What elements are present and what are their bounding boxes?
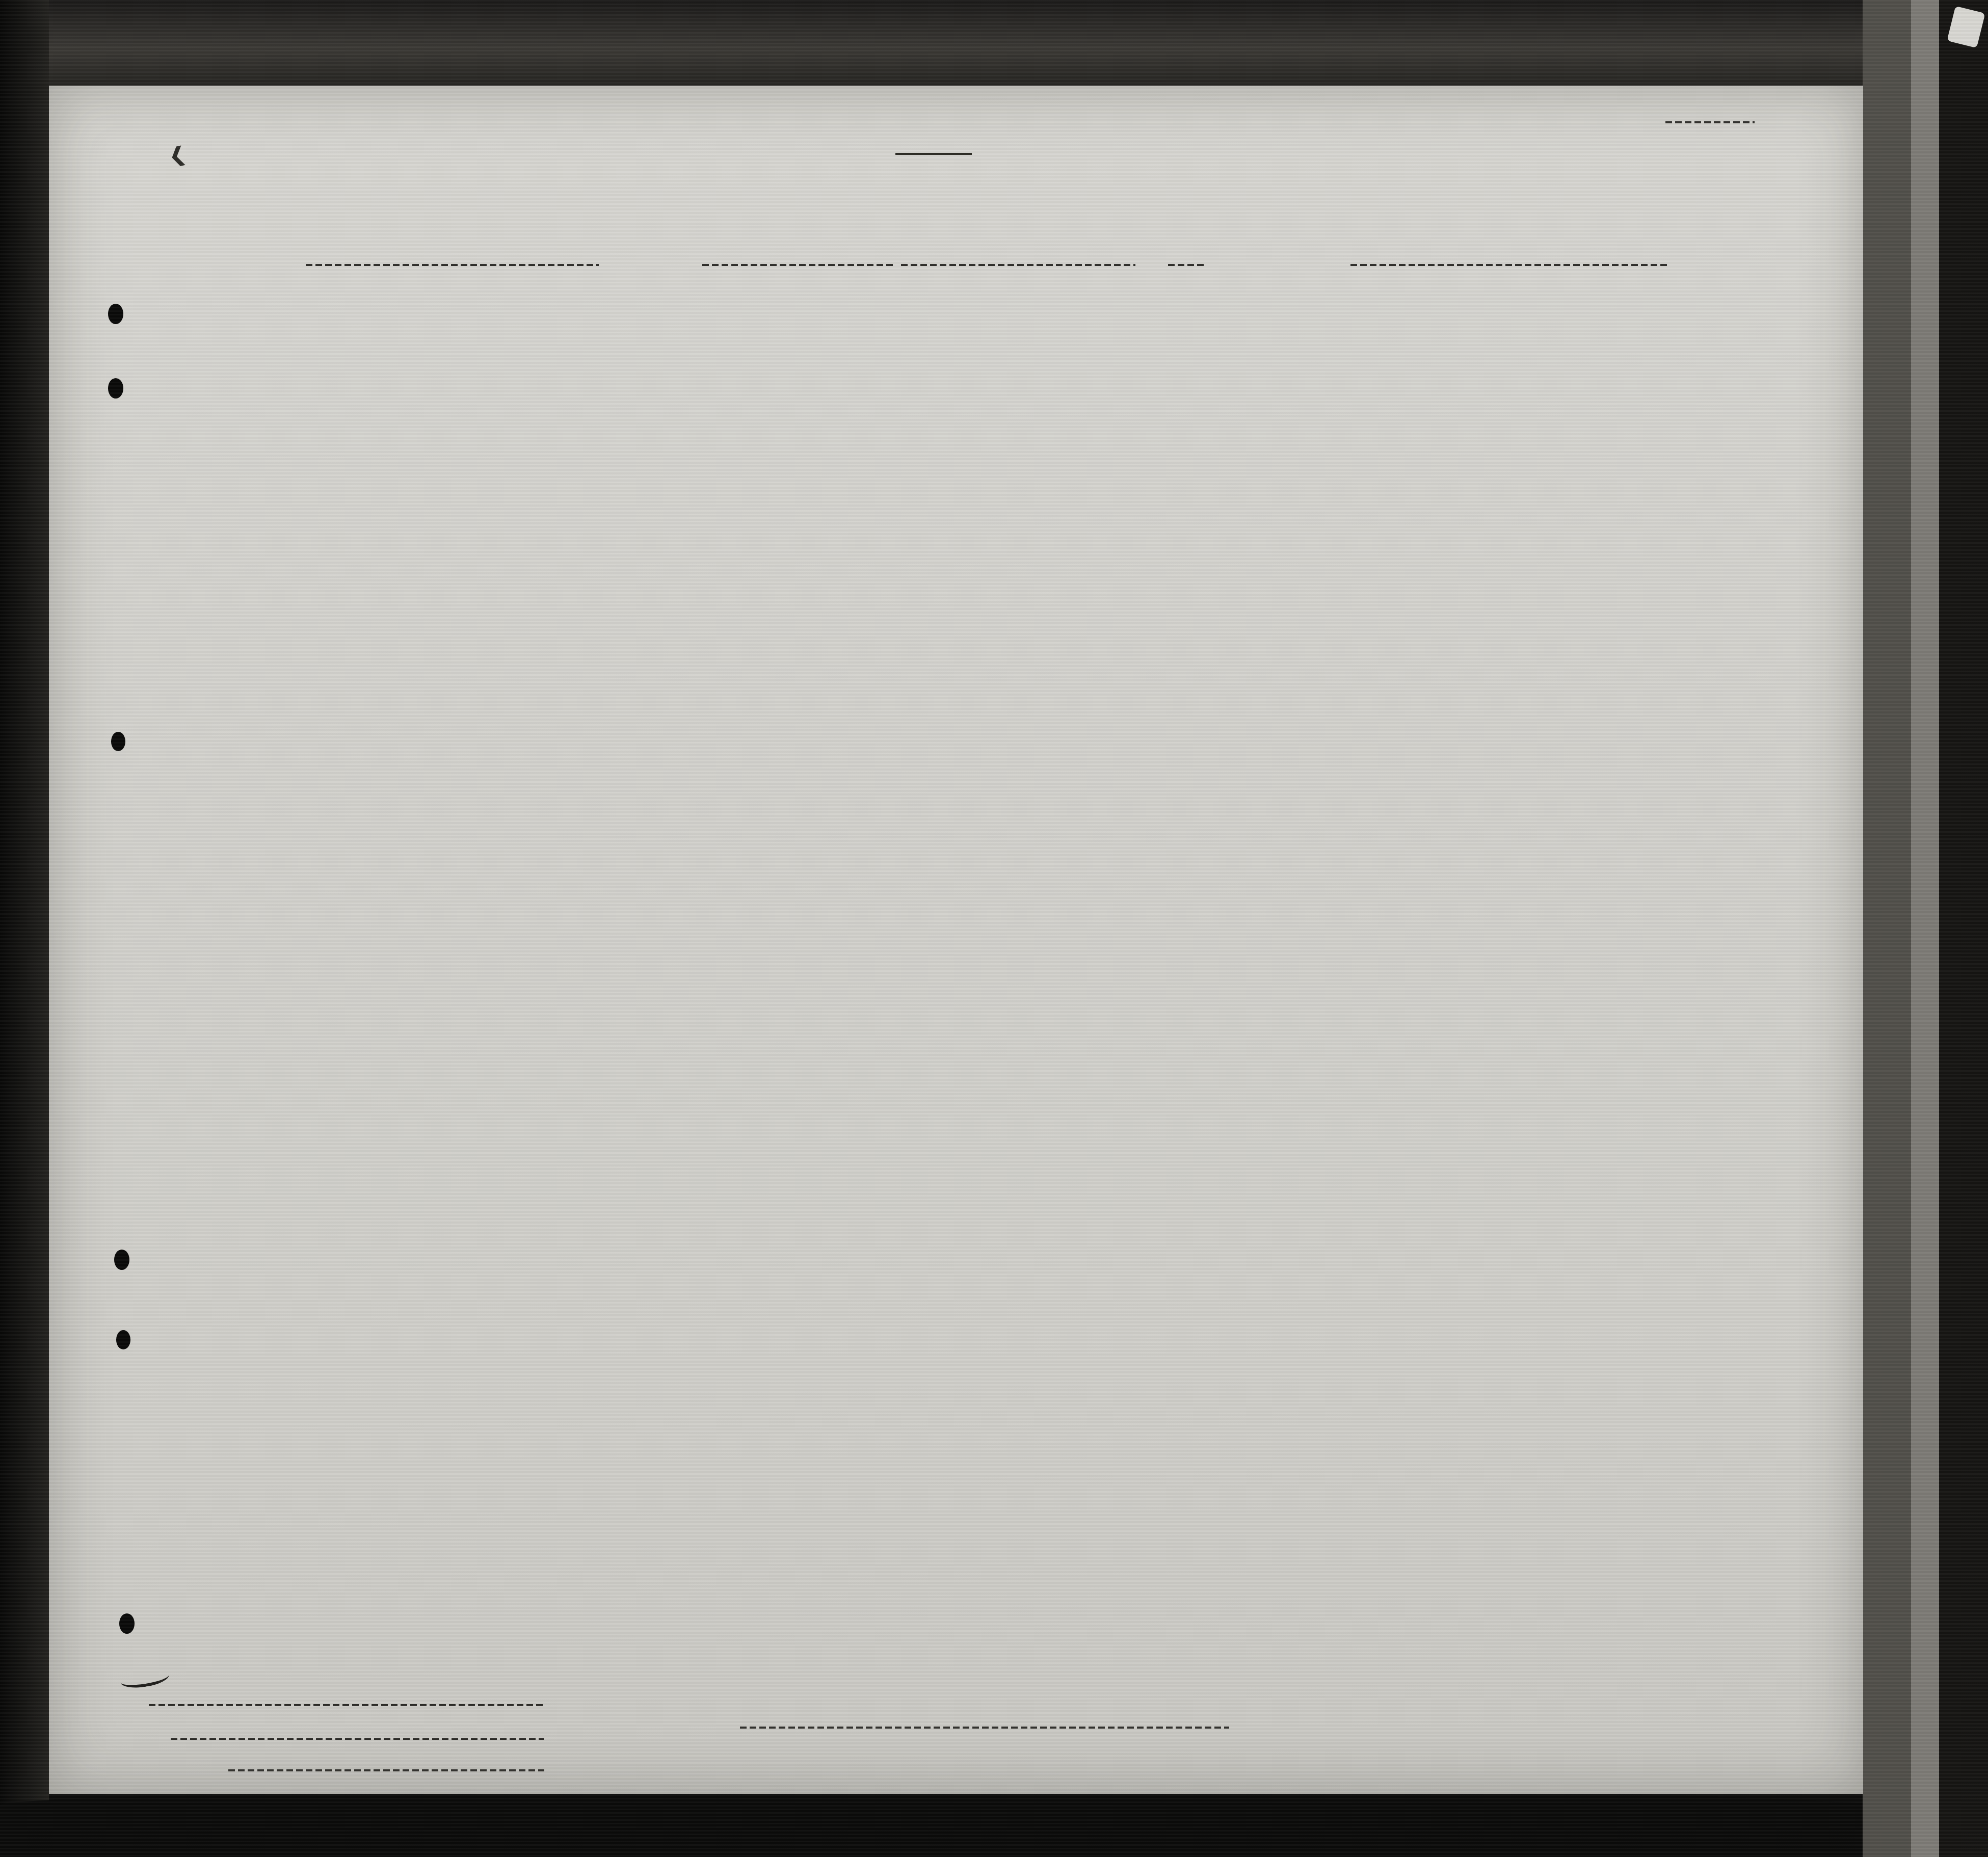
manifest-table [0, 0, 1988, 1857]
owners-rule [171, 1738, 544, 1740]
agents-rule [228, 1769, 544, 1771]
line-rule [149, 1704, 544, 1706]
signature-rule [740, 1727, 1229, 1729]
manifest-scan: ❮ [0, 0, 1988, 1857]
